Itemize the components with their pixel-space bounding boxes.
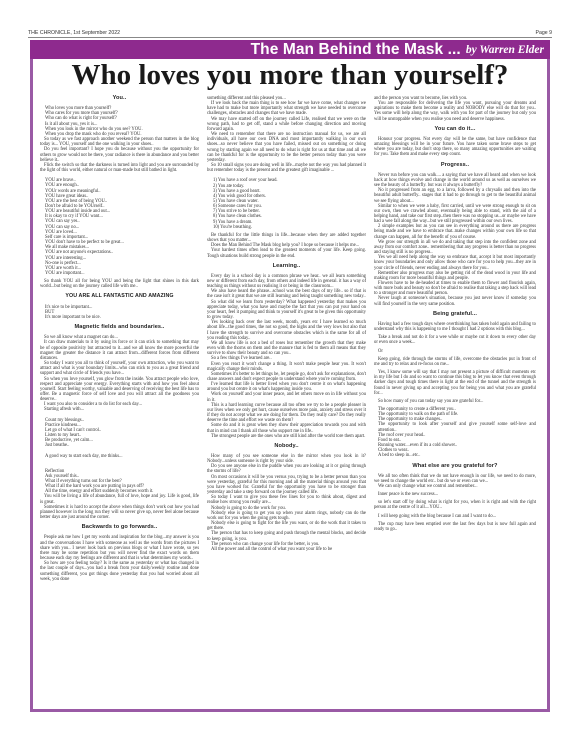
paragraph: The person that has to keep going and pu… bbox=[207, 531, 366, 541]
paragraph: So today as we fast approach another wee… bbox=[40, 137, 199, 147]
paragraph: Never laugh at someone's situation, beca… bbox=[374, 296, 536, 306]
paragraph: Do you see anyone else in the puddle whe… bbox=[207, 464, 366, 474]
paragraph: Yes, I know some will say that I may not… bbox=[374, 370, 536, 396]
paragraph: You will be living a life of abundance, … bbox=[40, 494, 199, 504]
paragraph: Nobody else is going to fight for the li… bbox=[207, 521, 366, 531]
paragraph: Do you feel important? I hope you do bec… bbox=[40, 147, 199, 162]
paragraph: The strongest people are the ones who ar… bbox=[207, 434, 366, 439]
paragraph: So what did we learn from yesterday? Wha… bbox=[207, 300, 366, 321]
paragraph: The cup may have been emptied over the l… bbox=[374, 522, 536, 532]
paragraph: We all know life is not a bed of roses b… bbox=[207, 341, 366, 356]
paragraph: Never run before you can walk.... a sayi… bbox=[374, 173, 536, 188]
paragraph: Take a break and not do it for a wee whi… bbox=[374, 335, 536, 345]
byline: by Warren Elder bbox=[466, 44, 544, 56]
paragraph: How many of you see someone else in the … bbox=[207, 454, 366, 464]
section-heading-backwards: Backwards to go forwards.. bbox=[40, 525, 199, 530]
paragraph: I've learned that life is better lived w… bbox=[207, 382, 366, 392]
paragraph: So how are you feeling today? Is it the … bbox=[40, 561, 199, 582]
section-heading-learning: Learning.. bbox=[207, 264, 366, 269]
paragraph: Honour your progress. Not every day will… bbox=[374, 137, 536, 158]
headline: Who loves you more than yourself? bbox=[33, 60, 547, 90]
section-heading-fantastic: YOU ARE ALL FANTASTIC AND AMAZING bbox=[40, 294, 199, 299]
column-banner: The Man Behind the Mask ... by Warren El… bbox=[30, 40, 550, 59]
reflection-list: Reflection Ask yourself this.. What if e… bbox=[40, 469, 199, 495]
section-heading-you: You.. bbox=[40, 96, 199, 101]
paragraph: Having had a few tough days where overth… bbox=[374, 322, 536, 332]
paragraph: So today I want you all to think of your… bbox=[40, 361, 199, 376]
paragraph: We grow our strength in all we do and ta… bbox=[374, 240, 536, 255]
paragraph: Flowers have to be de-headed at times to… bbox=[374, 281, 536, 296]
paragraph: This is a hard learning curve because al… bbox=[207, 403, 366, 424]
article-column-1: You.. Who loves you more than yourself? … bbox=[40, 96, 199, 582]
paragraph: It can draw materials to it by using its… bbox=[40, 340, 199, 361]
paragraph: Yes looking back over the last week, mon… bbox=[207, 320, 366, 341]
paragraph: Flick the switch so that the darkness is… bbox=[40, 163, 199, 173]
intro-questions: Who loves you more than yourself? Who ca… bbox=[40, 106, 199, 137]
series-title: The Man Behind the Mask ... bbox=[251, 41, 461, 59]
paragraph: Sometimes it's better to let things be, … bbox=[207, 372, 366, 382]
todo-list: Count my blessings.. Practice kindness..… bbox=[40, 418, 199, 449]
section-heading-what-else: What else are you grateful for? bbox=[374, 464, 536, 469]
paragraph: Even you react it won't change a thing. … bbox=[207, 362, 366, 372]
paragraph: So when you love yourself, you glow from… bbox=[40, 377, 199, 403]
paragraph: 2 simple examples but as you can see in … bbox=[374, 224, 536, 239]
paragraph: No it progressed from an egg, to a larva… bbox=[374, 188, 536, 203]
paragraph: We may have started off on the journey c… bbox=[207, 117, 366, 132]
paragraph: Sometimes it is hard to accept the above… bbox=[40, 505, 199, 520]
paragraph: So thank YOU all for being YOU and being… bbox=[40, 279, 199, 289]
affirmations-list: YOU are brave.. YOU are enough.. YOUr wo… bbox=[40, 178, 199, 276]
section-heading-magnetic: Magnetic fields and boundaries.. bbox=[40, 325, 199, 330]
paragraph: Some do and it is great when they show t… bbox=[207, 423, 366, 433]
paragraph: Remember also progress may also be getti… bbox=[374, 271, 536, 281]
paragraph: We also have heard the phrase...school w… bbox=[207, 289, 366, 299]
paragraph: On most occasions it will be you versus … bbox=[207, 475, 366, 496]
publication-date: THE CHRONICLE, 1st September 2022 bbox=[28, 30, 120, 36]
paragraph: You are responsible for delivering the l… bbox=[374, 101, 536, 122]
section-heading-nobody: Nobody.. bbox=[207, 444, 366, 449]
ten-signs-list: 1) You have a roof over your head. 2) Yo… bbox=[207, 178, 366, 230]
grateful-list: The opportunity to create a different yo… bbox=[374, 407, 536, 459]
paragraph: Keep going, ride through the storms of l… bbox=[374, 357, 536, 367]
paragraph: so let's start off by doing what is righ… bbox=[374, 500, 536, 510]
paragraph: Yes we all need help along the way so em… bbox=[374, 255, 536, 270]
paragraph: Nobody else is going to get you up when … bbox=[207, 511, 366, 521]
section-heading-can-do: You can do it... bbox=[374, 127, 536, 132]
nice-lines: It's nice to be important... BUT It's mo… bbox=[40, 305, 199, 320]
masthead: THE CHRONICLE, 1st September 2022 Page 9 bbox=[28, 29, 552, 38]
paragraph: Similar to when we were a baby, first ca… bbox=[374, 204, 536, 225]
paragraph: Be thankful for the little things in lif… bbox=[207, 233, 366, 243]
section-heading-grateful: Being grateful... bbox=[374, 312, 536, 317]
paragraph: All the power and all the control of wha… bbox=[207, 547, 366, 552]
paragraph: People ask me how I get my words and ins… bbox=[40, 535, 199, 561]
paragraph: We all too often think that we do not ha… bbox=[374, 474, 536, 484]
paragraph: So today I want to give you these few li… bbox=[207, 495, 366, 505]
list-item: A bed to sleep in...etc.. bbox=[378, 453, 536, 458]
section-heading-progress: Progress.. bbox=[374, 163, 536, 168]
paragraph: Your hardest times often lead to the gre… bbox=[207, 248, 366, 258]
paragraph: So 10 small signs you are doing well in … bbox=[207, 163, 366, 173]
paragraph: We need to remember that there are no in… bbox=[207, 132, 366, 163]
list-item: It's more important to be nice. bbox=[45, 315, 199, 320]
page-number: Page 9 bbox=[536, 30, 552, 36]
paragraph: Work on yourself and your inner peace, a… bbox=[207, 392, 366, 402]
list-item: The opportunity to look after yourself a… bbox=[378, 422, 536, 432]
article-column-3: and the person you want to become, lies … bbox=[374, 96, 536, 532]
paragraph: If we look back the main thing is to see… bbox=[207, 101, 366, 116]
paragraph: Every day is a school day is a common ph… bbox=[207, 274, 366, 289]
article-column-2: something different and this pleased you… bbox=[207, 96, 366, 552]
